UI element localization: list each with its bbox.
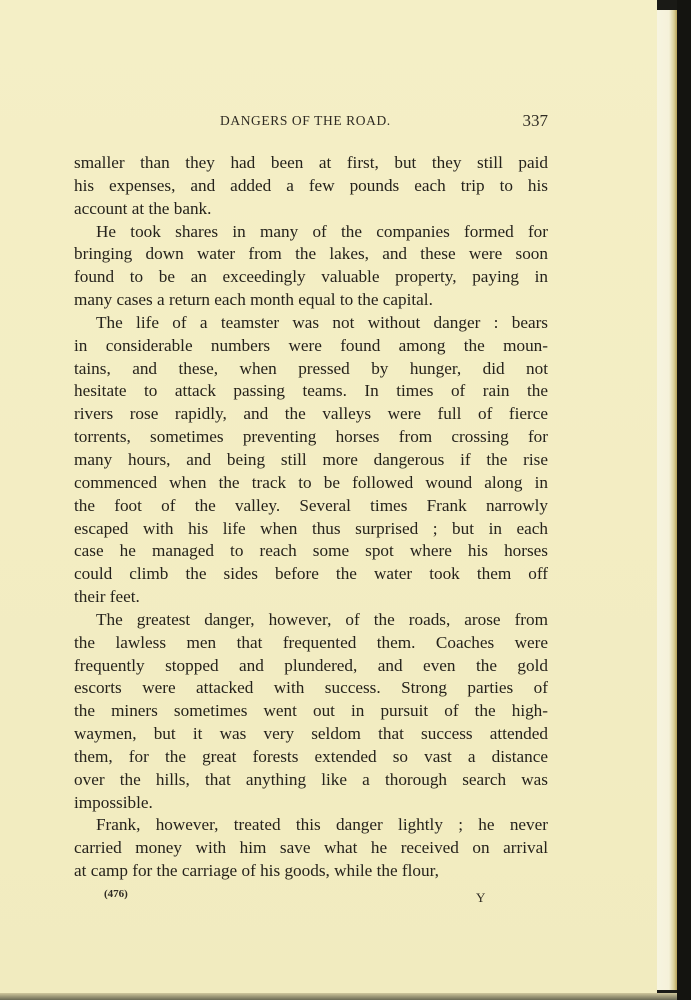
text-line: the foot of the valley. Several times Fr… bbox=[74, 495, 548, 518]
text-line: many cases a return each month equal to … bbox=[74, 289, 548, 312]
book-binding bbox=[677, 0, 691, 1000]
body-text: smaller than they had been at first, but… bbox=[74, 152, 548, 883]
text-line: over the hills, that anything like a tho… bbox=[74, 769, 548, 792]
text-line: the miners sometimes went out in pursuit… bbox=[74, 700, 548, 723]
text-line: The life of a teamster was not without d… bbox=[74, 312, 548, 335]
text-line: waymen, but it was very seldom that succ… bbox=[74, 723, 548, 746]
running-title: DANGERS OF THE ROAD. bbox=[220, 113, 391, 129]
text-line: case he managed to reach some spot where… bbox=[74, 540, 548, 563]
text-line: commenced when the track to be followed … bbox=[74, 472, 548, 495]
text-line: bringing down water from the lakes, and … bbox=[74, 243, 548, 266]
page-number: 337 bbox=[523, 111, 549, 131]
text-line: escaped with his life when thus surprise… bbox=[74, 518, 548, 541]
text-line: Frank, however, treated this danger ligh… bbox=[74, 814, 548, 837]
text-line: account at the bank. bbox=[74, 198, 548, 221]
text-line: in considerable numbers were found among… bbox=[74, 335, 548, 358]
book-page: DANGERS OF THE ROAD. 337 smaller than th… bbox=[0, 0, 657, 993]
signature-mark: (476) bbox=[104, 888, 128, 900]
text-line: smaller than they had been at first, but… bbox=[74, 152, 548, 175]
text-line: escorts were attacked with success. Stro… bbox=[74, 677, 548, 700]
text-line: them, for the great forests extended so … bbox=[74, 746, 548, 769]
text-line: hesitate to attack passing teams. In tim… bbox=[74, 380, 548, 403]
text-line: his expenses, and added a few pounds eac… bbox=[74, 175, 548, 198]
page-footer: (476) Y bbox=[74, 888, 548, 908]
text-line: rivers rose rapidly, and the valleys wer… bbox=[74, 403, 548, 426]
text-line: many hours, and being still more dangero… bbox=[74, 449, 548, 472]
text-line: He took shares in many of the companies … bbox=[74, 221, 548, 244]
text-line: torrents, sometimes preventing horses fr… bbox=[74, 426, 548, 449]
text-line: their feet. bbox=[74, 586, 548, 609]
text-line: The greatest danger, however, of the roa… bbox=[74, 609, 548, 632]
sheet-letter: Y bbox=[476, 890, 485, 906]
text-line: carried money with him save what he rece… bbox=[74, 837, 548, 860]
text-line: tains, and these, when pressed by hunger… bbox=[74, 358, 548, 381]
text-line: found to be an exceedingly valuable prop… bbox=[74, 266, 548, 289]
text-line: the lawless men that frequented them. Co… bbox=[74, 632, 548, 655]
text-line: at camp for the carriage of his goods, w… bbox=[74, 860, 548, 883]
text-line: impossible. bbox=[74, 792, 548, 815]
running-head: DANGERS OF THE ROAD. 337 bbox=[74, 113, 548, 133]
text-line: frequently stopped and plundered, and ev… bbox=[74, 655, 548, 678]
bottom-edge bbox=[0, 993, 677, 1000]
text-line: could climb the sides before the water t… bbox=[74, 563, 548, 586]
page-edge bbox=[657, 10, 677, 990]
